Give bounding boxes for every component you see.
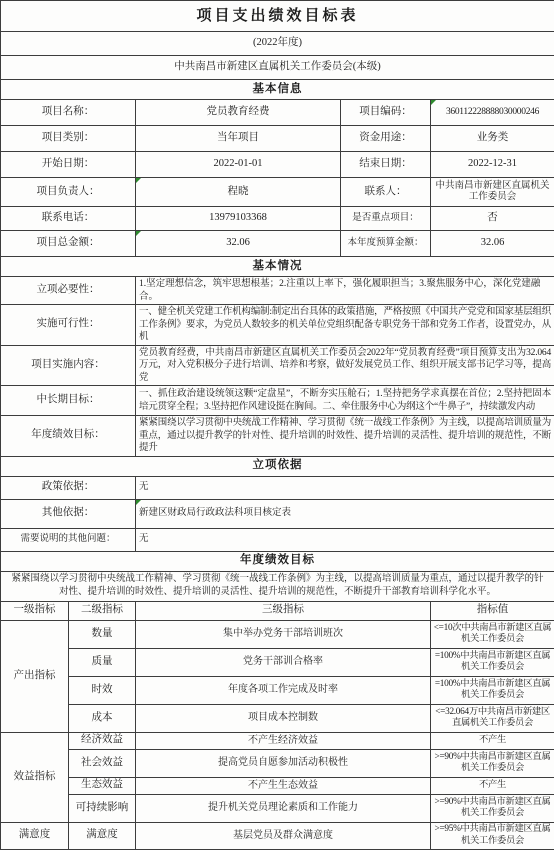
fund-usage-value: 业务类 — [431, 126, 554, 152]
level3-social-benefit: 提高党员自愿参加活动积极性 — [136, 749, 431, 777]
section-header-basic-situation: 基本情况 — [1, 257, 554, 277]
project-category-label: 项目类别： — [1, 126, 136, 152]
other-basis-value: 新建区财政局行政政法科项目核定表 — [136, 499, 554, 528]
col-header-level1: 一级指标 — [1, 601, 69, 620]
page-title: 项目支出绩效目标表 — [1, 1, 554, 32]
mid-long-term-goal-label: 中长期目标： — [1, 386, 136, 416]
annual-target-summary: 紧紧围绕以学习贯彻中央统战工作精神、学习贯彻《统一战线工作条例》为主线，以提高培… — [1, 571, 554, 601]
year-subtitle: (2022年度) — [1, 32, 554, 56]
level2-cost: 成本 — [69, 704, 136, 732]
project-code-value: 360112228888030000246 — [431, 100, 554, 126]
mid-long-term-goal-value: 一、抓住政治建设统领这颗“定盘星”，不断夯实压舱石；1.坚持把务学求真摆在首位；… — [136, 386, 554, 416]
project-name-label: 项目名称： — [1, 100, 136, 126]
value-social-benefit: >=90%中共南昌市新建区直属机关工作委员会 — [431, 749, 554, 777]
start-date-label: 开始日期： — [1, 152, 136, 178]
annual-goal-value: 紧紧围绕以学习贯彻中央统战工作精神、学习贯彻《统一战线工作条例》为主线，以提高培… — [136, 416, 554, 457]
section-header-annual-target: 年度绩效目标 — [1, 551, 554, 571]
value-economic-benefit: 不产生 — [431, 732, 554, 749]
other-issues-value: 无 — [136, 528, 554, 551]
value-ecological-benefit: 不产生 — [431, 777, 554, 794]
level2-satisfaction: 满意度 — [69, 822, 136, 849]
col-header-level2: 二级指标 — [69, 601, 136, 620]
level3-economic-benefit: 不产生经济效益 — [136, 732, 431, 749]
project-leader-value: 程晓 — [136, 178, 341, 207]
end-date-label: 结束日期： — [341, 152, 431, 178]
level3-sustainability: 提升机关党员理论素质和工作能力 — [136, 794, 431, 822]
other-basis-label: 其他依据： — [1, 499, 136, 528]
value-satisfaction: >=95%中共南昌市新建区直属机关工作委员会 — [431, 822, 554, 849]
phone-value: 13979103368 — [136, 207, 341, 231]
level1-benefit-indicators: 效益指标 — [1, 732, 69, 822]
level2-quality: 质量 — [69, 648, 136, 676]
feasibility-label: 实施可行性： — [1, 305, 136, 346]
annual-budget-label: 本年度预算金额： — [341, 231, 431, 257]
end-date-value: 2022-12-31 — [431, 152, 554, 178]
annual-goal-label: 年度绩效目标： — [1, 416, 136, 457]
level2-timeliness: 时效 — [69, 676, 136, 704]
level2-ecological-benefit: 生态效益 — [69, 777, 136, 794]
value-timeliness: =100%中共南昌市新建区直属机关工作委员会 — [431, 676, 554, 704]
phone-label: 联系电话： — [1, 207, 136, 231]
level1-output-indicators: 产出指标 — [1, 620, 69, 732]
value-quantity: <=10次中共南昌市新建区直属机关工作委员会 — [431, 620, 554, 648]
key-project-label: 是否重点项目： — [341, 207, 431, 231]
implementation-content-value: 党员教育经费，中共南昌市新建区直属机关工作委员会2022年“党员教育经费”项目预… — [136, 345, 554, 386]
fund-usage-label: 资金用途： — [341, 126, 431, 152]
level2-economic-benefit: 经济效益 — [69, 732, 136, 749]
total-amount-label: 项目总金额： — [1, 231, 136, 257]
contact-person-label: 联系人： — [341, 178, 431, 207]
feasibility-value: 一、健全机关党建工作机构编制:制定出台具体的政策措施，严格按照《中国共产党党和国… — [136, 305, 554, 346]
start-date-value: 2022-01-01 — [136, 152, 341, 178]
project-leader-label: 项目负责人： — [1, 178, 136, 207]
performance-target-table: 项目支出绩效目标表 (2022年度) 中共南昌市新建区直属机关工作委员会(本级)… — [0, 0, 554, 850]
project-category-value: 当年项目 — [136, 126, 341, 152]
col-header-value: 指标值 — [431, 601, 554, 620]
level3-satisfaction: 基层党员及群众满意度 — [136, 822, 431, 849]
level2-social-benefit: 社会效益 — [69, 749, 136, 777]
level3-ecological-benefit: 不产生生态效益 — [136, 777, 431, 794]
contact-person-value: 中共南昌市新建区直属机关工作委员会 — [431, 178, 554, 207]
value-cost: <=32.064万中共南昌市新建区直属机关工作委员会 — [431, 704, 554, 732]
policy-basis-label: 政策依据： — [1, 476, 136, 499]
level2-sustainability: 可持续影响 — [69, 794, 136, 822]
necessity-label: 立项必要性： — [1, 277, 136, 305]
level3-quantity: 集中举办党务干部培训班次 — [136, 620, 431, 648]
level1-satisfaction: 满意度 — [1, 822, 69, 849]
project-name-value: 党员教育经费 — [136, 100, 341, 126]
level3-cost: 项目成本控制数 — [136, 704, 431, 732]
key-project-value: 否 — [431, 207, 554, 231]
value-sustainability: >=90%中共南昌市新建区直属机关工作委员会 — [431, 794, 554, 822]
other-issues-label: 需要说明的其他问题： — [1, 528, 136, 551]
project-code-label: 项目编码： — [341, 100, 431, 126]
implementation-content-label: 项目实施内容： — [1, 345, 136, 386]
policy-basis-value: 无 — [136, 476, 554, 499]
department-name: 中共南昌市新建区直属机关工作委员会(本级) — [1, 56, 554, 80]
level3-timeliness: 年度各项工作完成及时率 — [136, 676, 431, 704]
section-header-project-basis: 立项依据 — [1, 456, 554, 476]
col-header-level3: 三级指标 — [136, 601, 431, 620]
level2-quantity: 数量 — [69, 620, 136, 648]
section-header-basic-info: 基本信息 — [1, 80, 554, 100]
necessity-value: 1.坚定理想信念，筑牢思想根基；2.注重以上率下，强化履职担当；3.聚焦服务中心… — [136, 277, 554, 305]
total-amount-value: 32.06 — [136, 231, 341, 257]
value-quality: =100%中共南昌市新建区直属机关工作委员会 — [431, 648, 554, 676]
annual-budget-value: 32.06 — [431, 231, 554, 257]
level3-quality: 党务干部训合格率 — [136, 648, 431, 676]
